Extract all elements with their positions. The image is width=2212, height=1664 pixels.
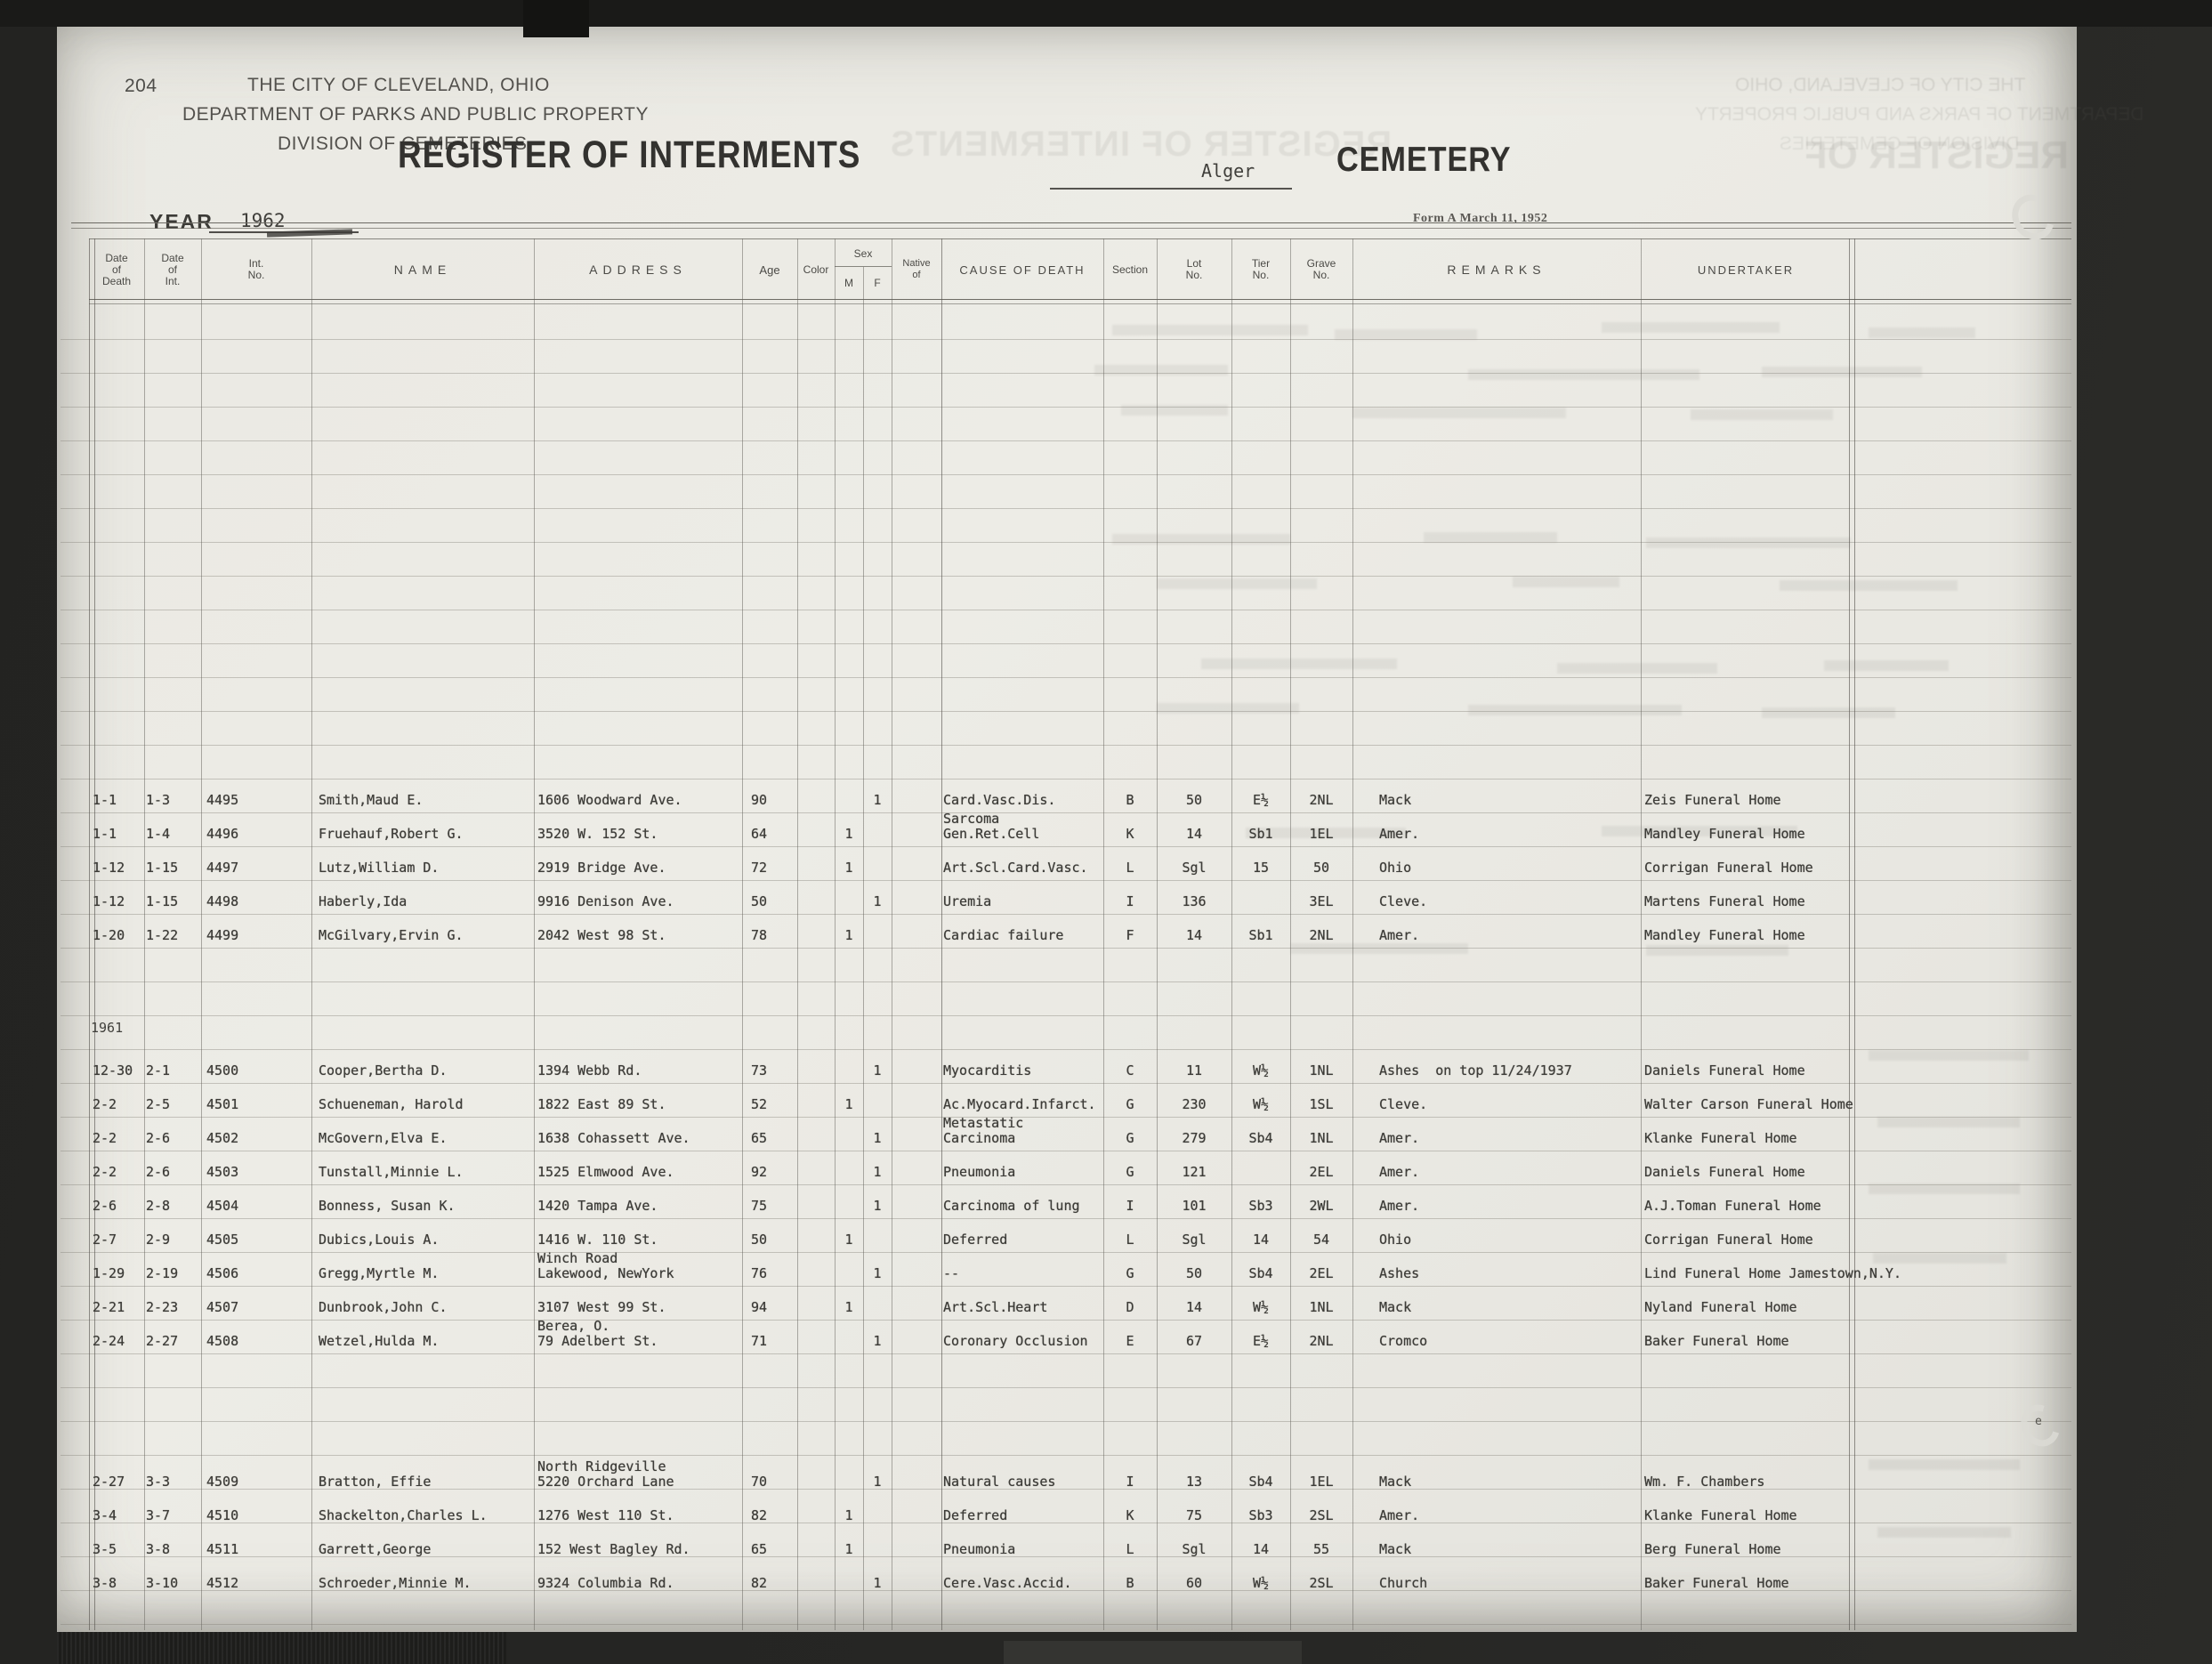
cell-tier: E½	[1231, 1334, 1290, 1349]
cell-sec: L	[1103, 1542, 1157, 1557]
cell-addr: 1394 Webb Rd.	[534, 1063, 742, 1078]
cell-rem: Mack	[1352, 1474, 1641, 1490]
cell-tier: Sb4	[1231, 1131, 1290, 1146]
cell-rem: Mack	[1352, 1542, 1641, 1557]
cell-rem: Church	[1352, 1576, 1641, 1591]
cell-addr: 9916 Denison Ave.	[534, 894, 742, 909]
cell-dd: 12-30	[89, 1063, 144, 1078]
cell-name: Fruehauf,Robert G.	[311, 827, 534, 842]
cell-no: 4506	[201, 1266, 311, 1281]
cell-grave: 1SL	[1290, 1097, 1352, 1112]
cell-rem: Mack	[1352, 793, 1641, 808]
cell-di: 2-1	[144, 1063, 201, 1078]
cell-no: 4511	[201, 1542, 311, 1557]
cell-cause: Art.Scl.Card.Vasc.	[941, 860, 1103, 876]
table-row: 1-201-224499McGilvary,Ervin G.2042 West …	[89, 913, 1851, 947]
cell-tier: W½	[1231, 1576, 1290, 1591]
cell-age: 73	[742, 1063, 797, 1078]
cell-und: Nyland Funeral Home	[1641, 1300, 1851, 1315]
cell-rem: Amer.	[1352, 1131, 1641, 1146]
cell-sec: G	[1103, 1165, 1157, 1180]
cell-tier: E½	[1231, 793, 1290, 808]
cell-dd: 2-2	[89, 1165, 144, 1180]
cell-no: 4498	[201, 894, 311, 909]
cell-no: 4502	[201, 1131, 311, 1146]
cell-addr: 1606 Woodward Ave.	[534, 793, 742, 808]
cell-addr: 1525 Elmwood Ave.	[534, 1165, 742, 1180]
cell-no: 4507	[201, 1300, 311, 1315]
cell-und: Walter Carson Funeral Home	[1641, 1097, 1851, 1112]
cell-di: 3-3	[144, 1474, 201, 1490]
cell-m: 1	[835, 827, 863, 842]
cell-lot: 14	[1157, 1300, 1231, 1315]
cell-sec: C	[1103, 1063, 1157, 1078]
cell-grave: 2SL	[1290, 1508, 1352, 1523]
cell-age: 65	[742, 1542, 797, 1557]
cell-di: 2-27	[144, 1334, 201, 1349]
cell-sec: B	[1103, 793, 1157, 808]
cell-m: 1	[835, 1300, 863, 1315]
cell-name: Garrett,George	[311, 1542, 534, 1557]
cell-cause: Carcinoma of lung	[941, 1199, 1103, 1214]
cell-grave: 55	[1290, 1542, 1352, 1557]
cell-dd: 3-5	[89, 1542, 144, 1557]
cell-und: Wm. F. Chambers	[1641, 1474, 1851, 1490]
cell-name: McGovern,Elva E.	[311, 1131, 534, 1146]
cell-grave: 2SL	[1290, 1576, 1352, 1591]
cell-addr: North Ridgeville5220 Orchard Lane	[534, 1459, 742, 1490]
table-row: 1-11-44496Fruehauf,Robert G.3520 W. 152 …	[89, 812, 1851, 845]
cell-lot: 50	[1157, 1266, 1231, 1281]
cell-grave: 2NL	[1290, 928, 1352, 943]
cell-und: Klanke Funeral Home	[1641, 1508, 1851, 1523]
cell-f: 1	[863, 1474, 892, 1490]
cell-name: Wetzel,Hulda M.	[311, 1334, 534, 1349]
table-row: 2-22-54501Schueneman, Harold1822 East 89…	[89, 1082, 1851, 1116]
cell-di: 3-10	[144, 1576, 201, 1591]
cell-sec: E	[1103, 1334, 1157, 1349]
table-row: 2-22-64503Tunstall,Minnie L.1525 Elmwood…	[89, 1150, 1851, 1183]
cell-rem: Ohio	[1352, 860, 1641, 876]
cell-sec: D	[1103, 1300, 1157, 1315]
cell-name: Lutz,William D.	[311, 860, 534, 876]
cell-sec: K	[1103, 1508, 1157, 1523]
cell-lot: 230	[1157, 1097, 1231, 1112]
cell-addr: 1638 Cohassett Ave.	[534, 1131, 742, 1146]
cell-cause: Deferred	[941, 1508, 1103, 1523]
cell-f: 1	[863, 793, 892, 808]
cell-sec: K	[1103, 827, 1157, 842]
table-row: 1-11-34495Smith,Maud E.1606 Woodward Ave…	[89, 778, 1851, 812]
cell-di: 2-8	[144, 1199, 201, 1214]
cell-addr: 2919 Bridge Ave.	[534, 860, 742, 876]
cell-age: 82	[742, 1576, 797, 1591]
cell-und: Daniels Funeral Home	[1641, 1063, 1851, 1078]
cell-rem: Ashes on top 11/24/1937	[1352, 1063, 1641, 1078]
cell-no: 4510	[201, 1508, 311, 1523]
cell-age: 72	[742, 860, 797, 876]
table-row: 3-53-84511Garrett,George152 West Bagley …	[89, 1527, 1851, 1561]
cell-cause: --	[941, 1266, 1103, 1281]
cell-rem: Mack	[1352, 1300, 1641, 1315]
cell-sec: F	[1103, 928, 1157, 943]
cell-age: 82	[742, 1508, 797, 1523]
cell-und: Zeis Funeral Home	[1641, 793, 1851, 808]
cell-no: 4512	[201, 1576, 311, 1591]
cell-sec: I	[1103, 1474, 1157, 1490]
cell-addr: 152 West Bagley Rd.	[534, 1542, 742, 1557]
cell-cause: Ac.Myocard.Infarct.	[941, 1097, 1103, 1112]
cell-dd: 2-21	[89, 1300, 144, 1315]
cell-cause: Art.Scl.Heart	[941, 1300, 1103, 1315]
cell-m: 1	[835, 928, 863, 943]
cell-rem: Amer.	[1352, 928, 1641, 943]
table-row: 12-302-14500Cooper,Bertha D.1394 Webb Rd…	[89, 1048, 1851, 1082]
cell-addr: 2042 West 98 St.	[534, 928, 742, 943]
cell-addr: 1420 Tampa Ave.	[534, 1199, 742, 1214]
cell-addr: Winch RoadLakewood, NewYork	[534, 1251, 742, 1281]
cell-f: 1	[863, 1576, 892, 1591]
cell-grave: 2EL	[1290, 1266, 1352, 1281]
cell-tier: Sb4	[1231, 1474, 1290, 1490]
cell-sec: I	[1103, 894, 1157, 909]
cell-addr: 3520 W. 152 St.	[534, 827, 742, 842]
cell-no: 4497	[201, 860, 311, 876]
cell-cause: Cardiac failure	[941, 928, 1103, 943]
table-row: 1-121-154498Haberly,Ida9916 Denison Ave.…	[89, 879, 1851, 913]
cell-di: 1-15	[144, 860, 201, 876]
cell-age: 50	[742, 1232, 797, 1248]
cell-sec: L	[1103, 860, 1157, 876]
cell-name: Tunstall,Minnie L.	[311, 1165, 534, 1180]
cell-lot: 121	[1157, 1165, 1231, 1180]
cell-di: 2-19	[144, 1266, 201, 1281]
cell-lot: 14	[1157, 827, 1231, 842]
cell-age: 50	[742, 894, 797, 909]
cell-name: Schroeder,Minnie M.	[311, 1576, 534, 1591]
cell-di: 1-3	[144, 793, 201, 808]
cell-no: 4508	[201, 1334, 311, 1349]
cell-grave: 2NL	[1290, 793, 1352, 808]
cell-sec: B	[1103, 1576, 1157, 1591]
edge-mark: e	[2035, 1415, 2042, 1428]
cell-und: Corrigan Funeral Home	[1641, 860, 1851, 876]
cell-di: 2-5	[144, 1097, 201, 1112]
cell-und: Mandley Funeral Home	[1641, 928, 1851, 943]
cell-grave: 1EL	[1290, 827, 1352, 842]
table-row: 3-83-104512Schroeder,Minnie M.9324 Colum…	[89, 1561, 1851, 1595]
cell-age: 75	[742, 1199, 797, 1214]
cell-no: 4499	[201, 928, 311, 943]
table-row: 1-121-154497Lutz,William D.2919 Bridge A…	[89, 845, 1851, 879]
cell-rem: Cromco	[1352, 1334, 1641, 1349]
cell-di: 2-9	[144, 1232, 201, 1248]
cell-name: Dunbrook,John C.	[311, 1300, 534, 1315]
table-row: 2-72-94505Dubics,Louis A.1416 W. 110 St.…	[89, 1217, 1851, 1251]
cell-und: Martens Funeral Home	[1641, 894, 1851, 909]
cell-und: Daniels Funeral Home	[1641, 1165, 1851, 1180]
cell-tier: Sb1	[1231, 827, 1290, 842]
cell-name: Cooper,Bertha D.	[311, 1063, 534, 1078]
cell-grave: 3EL	[1290, 894, 1352, 909]
cell-no: 4509	[201, 1474, 311, 1490]
cell-name: McGilvary,Ervin G.	[311, 928, 534, 943]
cell-f: 1	[863, 894, 892, 909]
cell-und: Berg Funeral Home	[1641, 1542, 1851, 1557]
cell-cause: Uremia	[941, 894, 1103, 909]
table-row: 1-292-194506Gregg,Myrtle M.Winch RoadLak…	[89, 1251, 1851, 1285]
cell-und: Lind Funeral Home Jamestown,N.Y.	[1641, 1266, 1851, 1281]
cell-rem: Amer.	[1352, 827, 1641, 842]
cell-tier: Sb4	[1231, 1266, 1290, 1281]
cell-und: A.J.Toman Funeral Home	[1641, 1199, 1851, 1214]
cell-cause: Pneumonia	[941, 1542, 1103, 1557]
cell-di: 2-6	[144, 1165, 201, 1180]
cell-dd: 2-6	[89, 1199, 144, 1214]
cell-no: 4496	[201, 827, 311, 842]
cell-und: Mandley Funeral Home	[1641, 827, 1851, 842]
scanned-register-page: THE CITY OF CLEVELAND, OHIO DEPARTMENT O…	[0, 0, 2212, 1664]
cell-dd: 3-4	[89, 1508, 144, 1523]
cell-lot: 60	[1157, 1576, 1231, 1591]
cell-name: Schueneman, Harold	[311, 1097, 534, 1112]
cell-cause: Pneumonia	[941, 1165, 1103, 1180]
cell-rem: Amer.	[1352, 1199, 1641, 1214]
cell-f: 1	[863, 1063, 892, 1078]
cell-lot: Sgl	[1157, 1542, 1231, 1557]
cell-m: 1	[835, 1097, 863, 1112]
cell-lot: 11	[1157, 1063, 1231, 1078]
cell-dd: 1-12	[89, 860, 144, 876]
cell-cause: Deferred	[941, 1232, 1103, 1248]
cell-lot: 67	[1157, 1334, 1231, 1349]
cell-tier: W½	[1231, 1300, 1290, 1315]
cell-m: 1	[835, 1232, 863, 1248]
cell-grave: 54	[1290, 1232, 1352, 1248]
cell-cause: Natural causes	[941, 1474, 1103, 1490]
cell-rem: Cleve.	[1352, 1097, 1641, 1112]
cell-tier: W½	[1231, 1097, 1290, 1112]
cell-addr: 1822 East 89 St.	[534, 1097, 742, 1112]
cell-no: 4503	[201, 1165, 311, 1180]
cell-no: 4504	[201, 1199, 311, 1214]
cell-di: 1-4	[144, 827, 201, 842]
cell-und: Klanke Funeral Home	[1641, 1131, 1851, 1146]
cell-und: Corrigan Funeral Home	[1641, 1232, 1851, 1248]
cell-name: Shackelton,Charles L.	[311, 1508, 534, 1523]
cell-dd: 1-29	[89, 1266, 144, 1281]
cell-age: 94	[742, 1300, 797, 1315]
interment-table-body: 1-11-34495Smith,Maud E.1606 Woodward Ave…	[0, 0, 2212, 1664]
cell-age: 65	[742, 1131, 797, 1146]
cell-grave: 2WL	[1290, 1199, 1352, 1214]
cell-tier: Sb3	[1231, 1508, 1290, 1523]
cell-und: Baker Funeral Home	[1641, 1334, 1851, 1349]
cell-sec: G	[1103, 1131, 1157, 1146]
cell-lot: 75	[1157, 1508, 1231, 1523]
cell-dd: 3-8	[89, 1576, 144, 1591]
cell-grave: 1NL	[1290, 1131, 1352, 1146]
table-row: 2-22-64502McGovern,Elva E.1638 Cohassett…	[89, 1116, 1851, 1150]
cell-f: 1	[863, 1199, 892, 1214]
cell-dd: 1-20	[89, 928, 144, 943]
cell-dd: 1-1	[89, 827, 144, 842]
cell-grave: 50	[1290, 860, 1352, 876]
cell-lot: 279	[1157, 1131, 1231, 1146]
cell-tier: 15	[1231, 860, 1290, 876]
cell-age: 52	[742, 1097, 797, 1112]
cell-age: 71	[742, 1334, 797, 1349]
cell-cause: Card.Vasc.Dis.	[941, 793, 1103, 808]
cell-dd: 2-2	[89, 1097, 144, 1112]
cell-di: 3-8	[144, 1542, 201, 1557]
cell-grave: 1NL	[1290, 1300, 1352, 1315]
cell-addr: 1276 West 110 St.	[534, 1508, 742, 1523]
cell-age: 92	[742, 1165, 797, 1180]
cell-tier: 14	[1231, 1542, 1290, 1557]
cell-di: 1-15	[144, 894, 201, 909]
cell-addr: 9324 Columbia Rd.	[534, 1576, 742, 1591]
cell-rem: Ashes	[1352, 1266, 1641, 1281]
cell-grave: 2NL	[1290, 1334, 1352, 1349]
cell-lot: 136	[1157, 894, 1231, 909]
cell-di: 3-7	[144, 1508, 201, 1523]
cell-dd: 1-12	[89, 894, 144, 909]
cell-cause: Cere.Vasc.Accid.	[941, 1576, 1103, 1591]
table-row: 2-212-234507Dunbrook,John C.3107 West 99…	[89, 1285, 1851, 1319]
cell-addr: Berea, O.79 Adelbert St.	[534, 1319, 742, 1349]
cell-rem: Cleve.	[1352, 894, 1641, 909]
table-row: 2-62-84504Bonness, Susan K.1420 Tampa Av…	[89, 1183, 1851, 1217]
cell-age: 64	[742, 827, 797, 842]
cell-tier: 14	[1231, 1232, 1290, 1248]
cell-name: Bonness, Susan K.	[311, 1199, 534, 1214]
cell-f: 1	[863, 1131, 892, 1146]
cell-age: 70	[742, 1474, 797, 1490]
cell-cause: SarcomaGen.Ret.Cell	[941, 812, 1103, 842]
cell-grave: 1NL	[1290, 1063, 1352, 1078]
cell-di: 1-22	[144, 928, 201, 943]
cell-f: 1	[863, 1165, 892, 1180]
cell-cause: Myocarditis	[941, 1063, 1103, 1078]
cell-dd: 2-24	[89, 1334, 144, 1349]
cell-sec: L	[1103, 1232, 1157, 1248]
cell-age: 78	[742, 928, 797, 943]
cell-sec: I	[1103, 1199, 1157, 1214]
cell-addr: 1416 W. 110 St.	[534, 1232, 742, 1248]
cell-f: 1	[863, 1266, 892, 1281]
cell-di: 2-23	[144, 1300, 201, 1315]
cell-m: 1	[835, 1542, 863, 1557]
cell-grave: 1EL	[1290, 1474, 1352, 1490]
cell-addr: 3107 West 99 St.	[534, 1300, 742, 1315]
cell-dd: 2-27	[89, 1474, 144, 1490]
cell-sec: G	[1103, 1266, 1157, 1281]
cell-lot: 101	[1157, 1199, 1231, 1214]
cell-tier: Sb3	[1231, 1199, 1290, 1214]
cell-rem: Amer.	[1352, 1165, 1641, 1180]
cell-lot: 14	[1157, 928, 1231, 943]
cell-dd: 2-7	[89, 1232, 144, 1248]
cell-lot: 50	[1157, 793, 1231, 808]
cell-tier: W½	[1231, 1063, 1290, 1078]
cell-no: 4505	[201, 1232, 311, 1248]
cell-age: 76	[742, 1266, 797, 1281]
cell-cause: MetastaticCarcinoma	[941, 1116, 1103, 1146]
cell-no: 4500	[201, 1063, 311, 1078]
cell-name: Haberly,Ida	[311, 894, 534, 909]
cell-lot: 13	[1157, 1474, 1231, 1490]
cell-und: Baker Funeral Home	[1641, 1576, 1851, 1591]
cell-m: 1	[835, 1508, 863, 1523]
cell-name: Bratton, Effie	[311, 1474, 534, 1490]
cell-lot: Sgl	[1157, 1232, 1231, 1248]
cell-dd: 2-2	[89, 1131, 144, 1146]
cell-dd: 1-1	[89, 793, 144, 808]
cell-no: 4495	[201, 793, 311, 808]
cell-grave: 2EL	[1290, 1165, 1352, 1180]
cell-tier: Sb1	[1231, 928, 1290, 943]
cell-sec: G	[1103, 1097, 1157, 1112]
cell-no: 4501	[201, 1097, 311, 1112]
cell-m: 1	[835, 860, 863, 876]
table-row: 3-43-74510Shackelton,Charles L.1276 West…	[89, 1493, 1851, 1527]
table-row: 2-242-274508Wetzel,Hulda M.Berea, O.79 A…	[89, 1319, 1851, 1353]
cell-name: Dubics,Louis A.	[311, 1232, 534, 1248]
cell-age: 90	[742, 793, 797, 808]
cell-name: Smith,Maud E.	[311, 793, 534, 808]
cell-rem: Amer.	[1352, 1508, 1641, 1523]
cell-f: 1	[863, 1334, 892, 1349]
cell-lot: Sgl	[1157, 860, 1231, 876]
cell-name: Gregg,Myrtle M.	[311, 1266, 534, 1281]
cell-di: 2-6	[144, 1131, 201, 1146]
table-row: 2-273-34509Bratton, EffieNorth Ridgevill…	[89, 1459, 1851, 1493]
cell-cause: Coronary Occlusion	[941, 1334, 1103, 1349]
cell-rem: Ohio	[1352, 1232, 1641, 1248]
